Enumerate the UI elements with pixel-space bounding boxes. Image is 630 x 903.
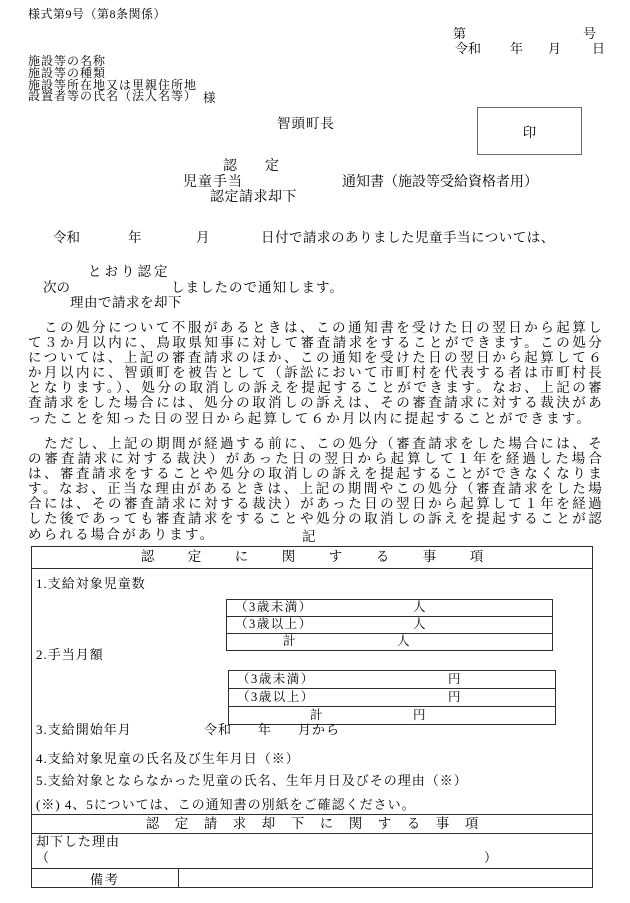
count-total-label: 計 — [283, 634, 297, 649]
paren-open: （ — [36, 851, 50, 865]
title-subject: 児童手当 — [183, 175, 243, 191]
appeal-paragraph-2: ただし、上記の期間が経過する前に、この処分（審査請求をした場合には、その審査請求… — [28, 436, 604, 542]
amount-table: （3歳未満） 円 （3歳以上） 円 計 円 — [228, 670, 556, 725]
title-choice-rejection: 認定請求却下 — [210, 190, 297, 206]
count-table: （3歳未満） 人 （3歳以上） 人 計 人 — [226, 599, 553, 651]
honorific-sama: 様 — [203, 91, 216, 105]
amount-row-under3: （3歳未満） 円 — [229, 671, 555, 688]
amount-row-over3: （3歳以上） 円 — [229, 688, 555, 706]
note-asterisk: (※) 4、5については、この通知書の別紙をご確認ください。 — [36, 798, 416, 812]
section1-header: 認 定 に 関 す る 事 項 — [32, 547, 592, 569]
date-year-label: 年 — [510, 42, 523, 57]
item3-month-from-label: 月から — [298, 723, 340, 737]
title-choice-certification: 認 定 — [223, 159, 286, 175]
opening-year-label: 年 — [128, 230, 142, 246]
item3-label: 3.支給開始年月 — [36, 723, 132, 737]
amount-row-total: 計 円 — [229, 706, 555, 724]
count-row-unit: 人 — [413, 617, 426, 632]
remarks-label: 備考 — [90, 869, 120, 888]
mayor-name: 智頭町長 — [277, 116, 335, 132]
date-era-label: 令和 — [455, 42, 481, 57]
opening-tail: 日付で請求のありました児童手当については、 — [261, 230, 555, 246]
amount-total-label: 計 — [310, 707, 324, 723]
date-day-label: 日 — [592, 42, 605, 57]
remarks-label-cell: 備考 — [32, 869, 179, 887]
decision-choice-rejected: 理由で請求を却下 — [70, 295, 182, 311]
item4-label: 4.支給対象児童の氏名及び生年月日（※） — [36, 752, 300, 766]
section2-header: 認 定 請 求 却 下 に 関 す る 事 項 — [32, 815, 592, 834]
item1-label: 1.支給対象児童数 — [36, 577, 146, 591]
seal-box: 印 — [477, 107, 582, 155]
rejection-reason-row: 却下した理由 （ ） — [32, 834, 592, 869]
opening-month-label: 月 — [196, 230, 210, 246]
opening-era-label: 令和 — [53, 230, 80, 246]
item3-era-label: 令和 — [204, 723, 232, 737]
ki-marker: 記 — [302, 529, 316, 545]
count-row-label: （3歳未満） — [235, 600, 313, 615]
doc-number-suffix: 号 — [583, 27, 596, 42]
item3-year-label: 年 — [258, 723, 272, 737]
certification-items-cell: 1.支給対象児童数 （3歳未満） 人 （3歳以上） 人 計 人 2.手当月額 — [32, 569, 592, 815]
item2-label: 2.手当月額 — [36, 648, 104, 662]
doc-number-prefix: 第 — [453, 27, 466, 42]
count-row-unit: 人 — [413, 600, 426, 615]
amount-row-label: （3歳未満） — [237, 671, 315, 687]
decision-choice-approved: とおり認定 — [88, 264, 171, 280]
amount-row-unit: 円 — [448, 689, 461, 705]
count-row-under3: （3歳未満） 人 — [227, 600, 552, 616]
appeal-paragraph-1: この処分について不服があるときは、この通知書を受けた日の翌日から起算して３か月以… — [28, 320, 604, 426]
count-row-total: 計 人 — [227, 633, 552, 650]
rejection-reason-label: 却下した理由 — [36, 835, 120, 849]
decision-tail: しましたので通知します。 — [171, 280, 344, 296]
count-total-unit: 人 — [397, 634, 410, 649]
item5-label: 5.支給対象とならなかった児童の氏名、生年月日及びその理由（※） — [36, 774, 468, 788]
title-suffix: 通知書（施設等受給資格者用） — [342, 175, 538, 191]
seal-mark: 印 — [523, 121, 537, 141]
date-month-label: 月 — [548, 42, 561, 57]
main-table: 認 定 に 関 す る 事 項 1.支給対象児童数 （3歳未満） 人 （3歳以上… — [31, 546, 593, 888]
remarks-row: 備考 — [32, 869, 592, 887]
decision-prefix: 次の — [43, 280, 70, 296]
paren-close: ） — [484, 851, 498, 865]
amount-total-unit: 円 — [413, 707, 426, 723]
count-row-label: （3歳以上） — [235, 617, 313, 632]
recipient-owner-name-label: 設置者等の氏名（法人名等） — [28, 91, 197, 103]
recipient-block: 施設等の名称 施設等の種類 施設等所在地又は里親住所地 設置者等の氏名（法人名等… — [28, 56, 197, 103]
amount-row-unit: 円 — [448, 671, 461, 687]
form-number: 様式第9号（第8条関係） — [28, 8, 166, 22]
amount-row-label: （3歳以上） — [237, 689, 315, 705]
child-allowance-notification-document: 様式第9号（第8条関係） 第 号 令和 年 月 日 施設等の名称 施設等の種類 … — [0, 0, 630, 903]
count-row-over3: （3歳以上） 人 — [227, 616, 552, 633]
